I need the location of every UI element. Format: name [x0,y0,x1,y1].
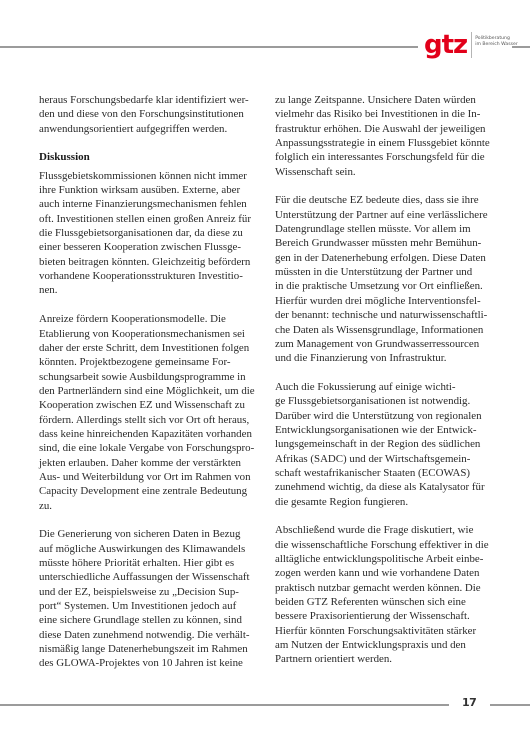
paragraph: Abschließend wurde die Frage diskutiert,… [275,523,499,666]
document-page: gtz Politikberatung im Bereich Wasser he… [0,0,530,750]
footer-rule-left [0,704,449,706]
right-column: zu lange Zeitspanne. Unsichere Daten wür… [275,93,499,681]
logo-wordmark: gtz [424,32,467,58]
paragraph: Für die deutsche EZ bedeute dies, dass s… [275,193,499,365]
left-column: heraus Forschungsbedarfe klar identifizi… [39,93,263,685]
paragraph: zu lange Zeitspanne. Unsichere Daten wür… [275,93,499,179]
gtz-logo: gtz Politikberatung im Bereich Wasser [424,30,518,60]
logo-subtitle-line1: Politikberatung [475,36,510,41]
section-heading: Diskussion [39,150,263,164]
page-number: 17 [462,696,476,709]
footer-rule-right [490,704,530,706]
logo-divider [471,32,472,58]
paragraph: heraus Forschungsbedarfe klar identifizi… [39,93,263,136]
header-rule-left [0,46,418,48]
paragraph: Auch die Fokussierung auf einige wichti-… [275,380,499,509]
paragraph: Flussgebietskommissionen können nicht im… [39,169,263,298]
paragraph: Die Generierung von sicheren Daten in Be… [39,527,263,670]
header-rule-right [512,46,530,48]
paragraph: Anreize fördern Kooperationsmodelle. Die… [39,312,263,513]
